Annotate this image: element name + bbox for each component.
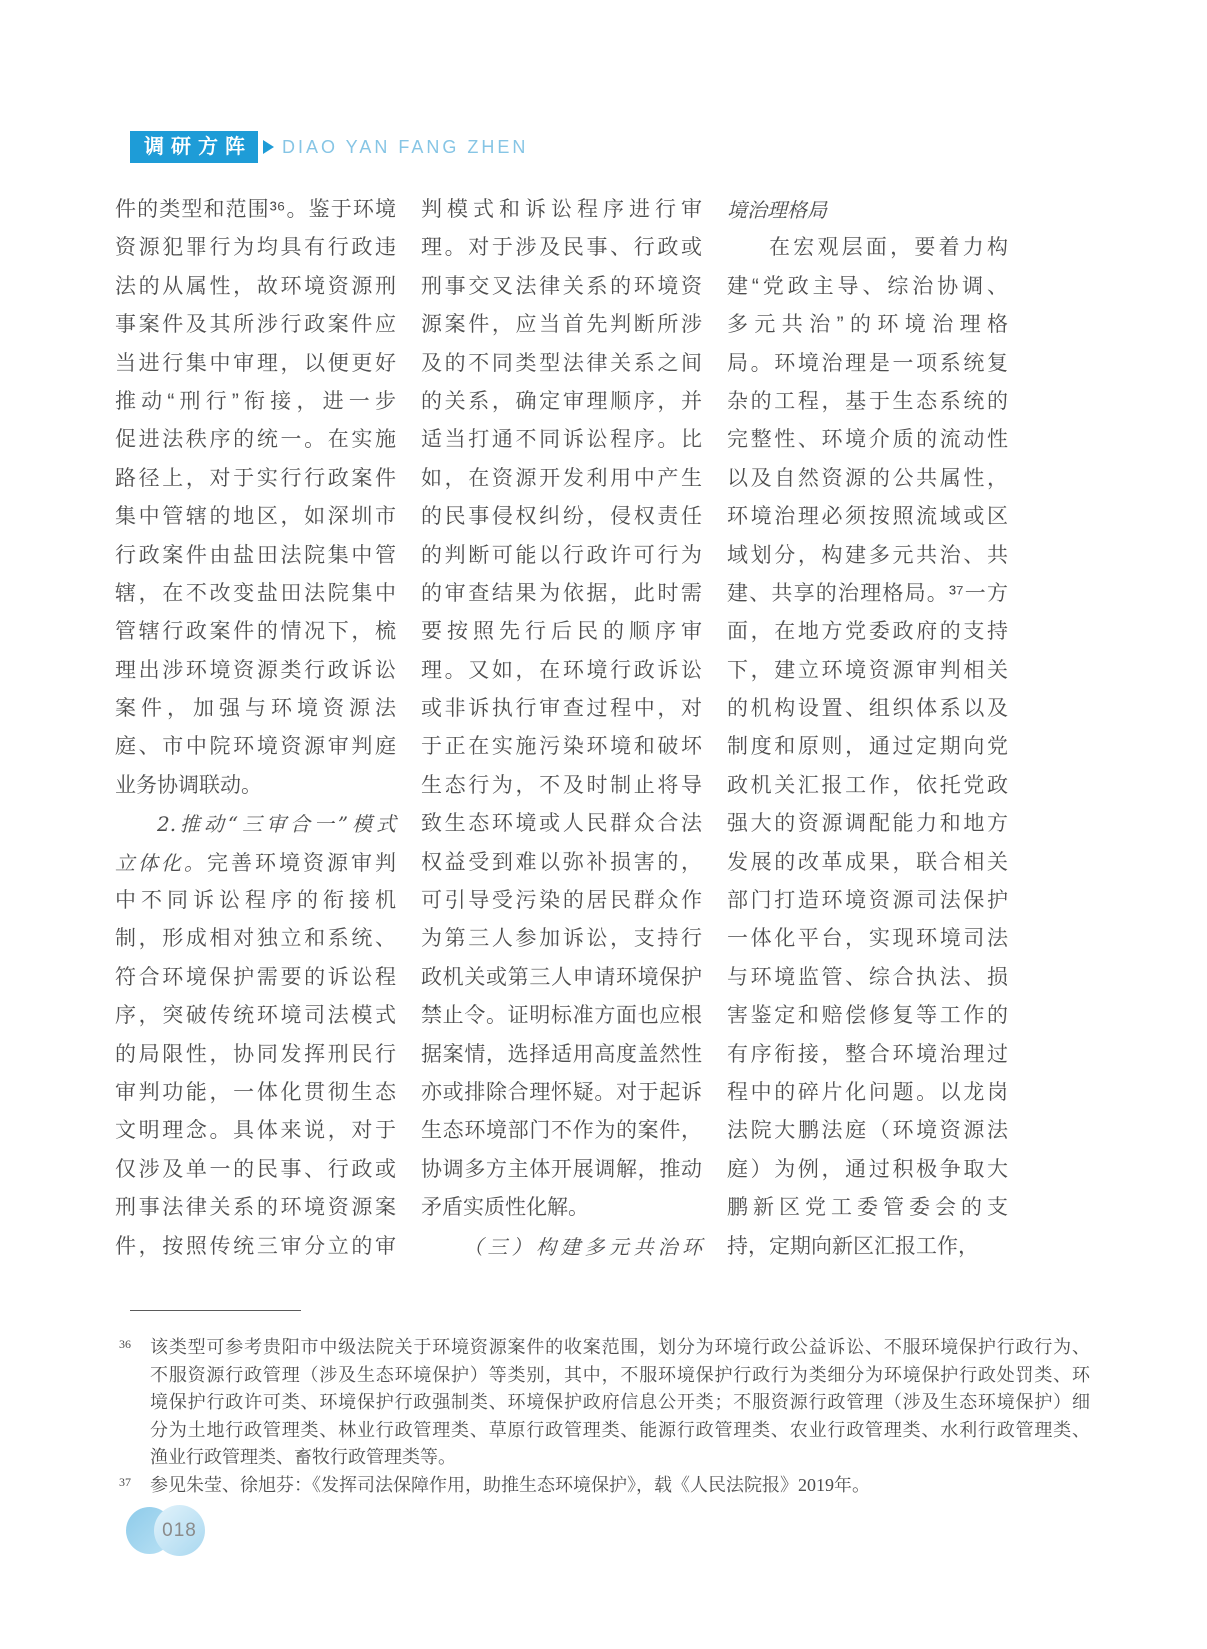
arrow-right-icon [263, 140, 274, 154]
text-line: 生态环境部门不作为的案件， [421, 1112, 702, 1150]
text-line: 有序衔接，整合环境治理过 [727, 1036, 1008, 1074]
text-segment: 路径上，对于实行行政案件 [115, 467, 396, 490]
text-line: 当进行集中审理，以便更好 [115, 345, 396, 383]
text-segment: 不服资源行政管理（涉及生态环境保护）等类别，其中，不服环境保护行政行为类细分为环… [150, 1365, 1090, 1385]
page-number: 018 [162, 1520, 197, 1542]
text-line: 完整性、环境介质的流动性 [727, 421, 1008, 459]
text-segment: 境治理格局 [727, 198, 827, 222]
text-segment: 理。对于涉及民事、行政或 [421, 236, 702, 259]
text-segment: 域划分，构建多元共治、共 [727, 544, 1008, 567]
text-line: 致生态环境或人民群众合法 [421, 805, 702, 843]
text-line: 适当打通不同诉讼程序。比 [421, 421, 702, 459]
text-line: 件的类型和范围³⁶。鉴于环境 [115, 191, 396, 229]
text-line: 可引导受污染的居民群众作 [421, 882, 702, 920]
text-line: 辖，在不改变盐田法院集中 [115, 575, 396, 613]
text-line: 立体化。完善环境资源审判 [115, 844, 396, 882]
text-line: 部门打造环境资源司法保护 [727, 882, 1008, 920]
text-segment: 的机构设置、组织体系以及 [727, 697, 1008, 720]
text-segment: 生态行为，不及时制止将导 [421, 774, 702, 797]
text-segment: 的局限性，协同发挥刑民行 [115, 1043, 396, 1066]
text-line: 一体化平台，实现环境司法 [727, 920, 1008, 958]
text-segment: 亦或排除合理怀疑。对于起诉 [421, 1081, 702, 1104]
column-1: 件的类型和范围³⁶。鉴于环境资源犯罪行为均具有行政违法的从属性，故环境资源刑事案… [115, 191, 396, 1266]
text-segment: 制度和原则，通过定期向党 [727, 735, 1008, 758]
text-segment: 据案情，选择适用高度盖然性 [421, 1043, 702, 1066]
text-segment: 或非诉执行审查过程中，对 [421, 697, 702, 720]
text-line: 2.推动“三审合一”模式 [115, 805, 396, 843]
text-segment: 要按照先行后民的顺序审 [421, 620, 702, 643]
text-line: 理。又如，在环境行政诉讼 [421, 652, 702, 690]
text-segment: 为第三人参加诉讼，支持行 [421, 927, 702, 950]
text-line: 杂的工程，基于生态系统的 [727, 383, 1008, 421]
text-line: 中不同诉讼程序的衔接机 [115, 882, 396, 920]
section-subtitle-pinyin: DIAO YAN FANG ZHEN [282, 137, 528, 158]
text-segment: 程中的碎片化问题。以龙岗 [727, 1081, 1008, 1104]
text-segment: 的审查结果为依据，此时需 [421, 582, 702, 605]
text-segment: 参见朱莹、徐旭芬：《发挥司法保障作用，助推生态环境保护》，载《人民法院报》201… [150, 1475, 870, 1495]
text-line: 的关系，确定审理顺序，并 [421, 383, 702, 421]
text-line: 件，按照传统三审分立的审 [115, 1228, 396, 1266]
text-line: 集中管辖的地区，如深圳市 [115, 498, 396, 536]
text-line: 渔业行政管理类、畜牧行政管理类等。 [150, 1444, 1090, 1472]
text-line: 程中的碎片化问题。以龙岗 [727, 1074, 1008, 1112]
text-segment: 管辖行政案件的情况下，梳 [115, 620, 396, 643]
text-segment: 辖，在不改变盐田法院集中 [115, 582, 396, 605]
section-badge: 调研方阵 [130, 131, 258, 163]
text-line: 仅涉及单一的民事、行政或 [115, 1151, 396, 1189]
text-segment: 件的类型和范围³⁶。鉴于环境 [115, 198, 396, 221]
text-line: 政机关或第三人申请环境保护 [421, 959, 702, 997]
text-line: 下，建立环境资源审判相关 [727, 652, 1008, 690]
text-line: 面，在地方党委政府的支持 [727, 613, 1008, 651]
text-segment: 仅涉及单一的民事、行政或 [115, 1158, 396, 1181]
text-segment: 该类型可参考贵阳市中级法院关于环境资源案件的收案范围，划分为环境行政公益诉讼、不… [150, 1337, 1090, 1357]
text-line: 的判断可能以行政许可行为 [421, 537, 702, 575]
text-line: 发展的改革成果，联合相关 [727, 844, 1008, 882]
text-line: 与环境监管、综合执法、损 [727, 959, 1008, 997]
text-line: 的机构设置、组织体系以及 [727, 690, 1008, 728]
text-line: 据案情，选择适用高度盖然性 [421, 1036, 702, 1074]
text-line: 多元共治”的环境治理格 [727, 306, 1008, 344]
text-segment: 可引导受污染的居民群众作 [421, 889, 702, 912]
text-line: 法的从属性，故环境资源刑 [115, 268, 396, 306]
text-segment: 的民事侵权纠纷，侵权责任 [421, 505, 702, 528]
footnote-marker: 36 [119, 1331, 131, 1359]
text-segment: 庭）为例，通过积极争取大 [727, 1158, 1008, 1181]
text-segment: 符合环境保护需要的诉讼程 [115, 966, 396, 989]
text-line: 境保护行政许可类、环境保护行政强制类、环境保护政府信息公开类；不服资源行政管理（… [150, 1389, 1090, 1417]
text-segment: 2.推动“三审合一”模式 [157, 812, 396, 836]
text-segment: 致生态环境或人民群众合法 [421, 812, 702, 835]
text-line: 审判功能，一体化贯彻生态 [115, 1074, 396, 1112]
text-line: 法院大鹏法庭（环境资源法 [727, 1112, 1008, 1150]
text-segment: 协调多方主体开展调解，推动 [421, 1158, 702, 1181]
text-segment: 促进法秩序的统一。在实施 [115, 428, 396, 451]
text-segment: 如，在资源开发利用中产生 [421, 467, 702, 490]
text-line: 刑事交叉法律关系的环境资 [421, 268, 702, 306]
text-segment: 理。又如，在环境行政诉讼 [421, 659, 702, 682]
text-segment: 适当打通不同诉讼程序。比 [421, 428, 702, 451]
text-line: 强大的资源调配能力和地方 [727, 805, 1008, 843]
text-segment: 局。环境治理是一项系统复 [727, 352, 1008, 375]
text-segment: 刑事法律关系的环境资源案 [115, 1196, 396, 1219]
text-segment: 法院大鹏法庭（环境资源法 [727, 1119, 1008, 1142]
text-segment: 案件，加强与环境资源法 [115, 697, 396, 720]
text-line: 行政案件由盐田法院集中管 [115, 537, 396, 575]
text-segment: 权益受到难以弥补损害的， [421, 851, 702, 874]
text-line: 判模式和诉讼程序进行审 [421, 191, 702, 229]
text-line: 及的不同类型法律关系之间 [421, 345, 702, 383]
text-line: 理。对于涉及民事、行政或 [421, 229, 702, 267]
text-segment: 事案件及其所涉行政案件应 [115, 313, 396, 336]
text-segment: 件，按照传统三审分立的审 [115, 1235, 396, 1258]
text-segment: 立体化。 [115, 851, 207, 875]
text-line: 政机关汇报工作，依托党政 [727, 767, 1008, 805]
text-line: 的局限性，协同发挥刑民行 [115, 1036, 396, 1074]
text-segment: 于正在实施污染环境和破坏 [421, 735, 702, 758]
text-line: 以及自然资源的公共属性， [727, 460, 1008, 498]
text-line: 境治理格局 [727, 191, 1008, 229]
text-line: 建“党政主导、综治协调、 [727, 268, 1008, 306]
text-segment: 一体化平台，实现环境司法 [727, 927, 1008, 950]
text-segment: 在宏观层面，要着力构 [769, 236, 1008, 259]
text-segment: 源案件，应当首先判断所涉 [421, 313, 702, 336]
text-line: 符合环境保护需要的诉讼程 [115, 959, 396, 997]
text-segment: 杂的工程，基于生态系统的 [727, 390, 1008, 413]
text-segment: 持，定期向新区汇报工作， [727, 1235, 979, 1258]
text-line: 庭、市中院环境资源审判庭 [115, 728, 396, 766]
text-line: 或非诉执行审查过程中，对 [421, 690, 702, 728]
text-line: 案件，加强与环境资源法 [115, 690, 396, 728]
text-segment: 分为土地行政管理类、林业行政管理类、草原行政管理类、能源行政管理类、农业行政管理… [150, 1420, 1090, 1440]
text-segment: 制，形成相对独立和系统、 [115, 927, 396, 950]
text-segment: 境保护行政许可类、环境保护行政强制类、环境保护政府信息公开类；不服资源行政管理（… [150, 1392, 1090, 1412]
section-header: 调研方阵 DIAO YAN FANG ZHEN [130, 131, 528, 163]
text-segment: 理出涉环境资源类行政诉讼 [115, 659, 396, 682]
text-line: 庭）为例，通过积极争取大 [727, 1151, 1008, 1189]
text-line: 制度和原则，通过定期向党 [727, 728, 1008, 766]
text-segment: 多元共治”的环境治理格 [727, 313, 1008, 336]
text-segment: 建、共享的治理格局。³⁷一方 [727, 582, 1008, 605]
text-line: 推动“刑行”衔接，进一步 [115, 383, 396, 421]
text-segment: 环境治理必须按照流域或区 [727, 505, 1008, 528]
text-line: 禁止令。证明标准方面也应根 [421, 997, 702, 1035]
text-segment: 发展的改革成果，联合相关 [727, 851, 1008, 874]
text-line: 制，形成相对独立和系统、 [115, 920, 396, 958]
text-segment: 集中管辖的地区，如深圳市 [115, 505, 396, 528]
text-line: 局。环境治理是一项系统复 [727, 345, 1008, 383]
text-line: 理出涉环境资源类行政诉讼 [115, 652, 396, 690]
text-segment: 序，突破传统环境司法模式 [115, 1004, 396, 1027]
text-segment: 政机关汇报工作，依托党政 [727, 774, 1008, 797]
text-line: 域划分，构建多元共治、共 [727, 537, 1008, 575]
text-line: 路径上，对于实行行政案件 [115, 460, 396, 498]
text-line: 持，定期向新区汇报工作， [727, 1228, 1008, 1266]
text-segment: 生态环境部门不作为的案件， [421, 1119, 702, 1142]
text-line: 管辖行政案件的情况下，梳 [115, 613, 396, 651]
text-segment: 的判断可能以行政许可行为 [421, 544, 702, 567]
text-segment: 文明理念。具体来说，对于 [115, 1119, 396, 1142]
text-line: 促进法秩序的统一。在实施 [115, 421, 396, 459]
text-line: 不服资源行政管理（涉及生态环境保护）等类别，其中，不服环境保护行政行为类细分为环… [150, 1362, 1090, 1390]
text-segment: 强大的资源调配能力和地方 [727, 812, 1008, 835]
text-segment: （三）构建多元共治环 [463, 1235, 702, 1259]
text-line: 为第三人参加诉讼，支持行 [421, 920, 702, 958]
page-number-badge: 018 [126, 1505, 216, 1557]
text-line: 分为土地行政管理类、林业行政管理类、草原行政管理类、能源行政管理类、农业行政管理… [150, 1417, 1090, 1445]
text-segment: 部门打造环境资源司法保护 [727, 889, 1008, 912]
text-segment: 及的不同类型法律关系之间 [421, 352, 702, 375]
text-line: 资源犯罪行为均具有行政违 [115, 229, 396, 267]
text-segment: 下，建立环境资源审判相关 [727, 659, 1008, 682]
text-line: 刑事法律关系的环境资源案 [115, 1189, 396, 1227]
text-segment: 鹏新区党工委管委会的支 [727, 1196, 1008, 1219]
text-segment: 害鉴定和赔偿修复等工作的 [727, 1004, 1008, 1027]
text-line: 参见朱莹、徐旭芬：《发挥司法保障作用，助推生态环境保护》，载《人民法院报》201… [150, 1472, 1090, 1500]
footnote-divider [130, 1310, 301, 1311]
text-segment: 审判功能，一体化贯彻生态 [115, 1081, 396, 1104]
text-line: 害鉴定和赔偿修复等工作的 [727, 997, 1008, 1035]
text-line: 协调多方主体开展调解，推动 [421, 1151, 702, 1189]
text-segment: 行政案件由盐田法院集中管 [115, 544, 396, 567]
text-line: 该类型可参考贵阳市中级法院关于环境资源案件的收案范围，划分为环境行政公益诉讼、不… [150, 1334, 1090, 1362]
text-line: 在宏观层面，要着力构 [727, 229, 1008, 267]
footnote-36: 36该类型可参考贵阳市中级法院关于环境资源案件的收案范围，划分为环境行政公益诉讼… [115, 1334, 1090, 1472]
text-segment: 渔业行政管理类、畜牧行政管理类等。 [150, 1447, 456, 1467]
text-segment: 中不同诉讼程序的衔接机 [115, 889, 396, 912]
text-line: 如，在资源开发利用中产生 [421, 460, 702, 498]
column-3: 境治理格局在宏观层面，要着力构建“党政主导、综治协调、多元共治”的环境治理格局。… [727, 191, 1008, 1266]
footnote-37: 37参见朱莹、徐旭芬：《发挥司法保障作用，助推生态环境保护》，载《人民法院报》2… [115, 1472, 1090, 1500]
text-segment: 法的从属性，故环境资源刑 [115, 275, 396, 298]
text-line: 生态行为，不及时制止将导 [421, 767, 702, 805]
text-segment: 面，在地方党委政府的支持 [727, 620, 1008, 643]
text-line: 序，突破传统环境司法模式 [115, 997, 396, 1035]
text-segment: 业务协调联动。 [115, 774, 262, 797]
text-segment: 有序衔接，整合环境治理过 [727, 1043, 1008, 1066]
text-segment: 建“党政主导、综治协调、 [727, 275, 1008, 298]
text-segment: 与环境监管、综合执法、损 [727, 966, 1008, 989]
text-segment: 当进行集中审理，以便更好 [115, 352, 396, 375]
text-segment: 以及自然资源的公共属性， [727, 467, 1008, 490]
text-line: 建、共享的治理格局。³⁷一方 [727, 575, 1008, 613]
text-segment: 庭、市中院环境资源审判庭 [115, 735, 396, 758]
text-segment: 矛盾实质性化解。 [421, 1196, 589, 1219]
text-line: 的审查结果为依据，此时需 [421, 575, 702, 613]
text-line: 环境治理必须按照流域或区 [727, 498, 1008, 536]
column-2: 判模式和诉讼程序进行审理。对于涉及民事、行政或刑事交叉法律关系的环境资源案件，应… [421, 191, 702, 1266]
text-segment: 资源犯罪行为均具有行政违 [115, 236, 396, 259]
text-line: 鹏新区党工委管委会的支 [727, 1189, 1008, 1227]
footnotes: 36该类型可参考贵阳市中级法院关于环境资源案件的收案范围，划分为环境行政公益诉讼… [115, 1334, 1090, 1499]
text-line: 事案件及其所涉行政案件应 [115, 306, 396, 344]
text-line: 业务协调联动。 [115, 767, 396, 805]
footnote-marker: 37 [119, 1469, 131, 1497]
text-line: 要按照先行后民的顺序审 [421, 613, 702, 651]
text-line: 矛盾实质性化解。 [421, 1189, 702, 1227]
circle-decoration-icon: 018 [154, 1505, 205, 1556]
text-segment: 禁止令。证明标准方面也应根 [421, 1004, 702, 1027]
text-line: 源案件，应当首先判断所涉 [421, 306, 702, 344]
text-line: 的民事侵权纠纷，侵权责任 [421, 498, 702, 536]
text-segment: 判模式和诉讼程序进行审 [421, 198, 702, 221]
text-segment: 推动“刑行”衔接，进一步 [115, 390, 396, 413]
text-segment: 的关系，确定审理顺序，并 [421, 390, 702, 413]
text-segment: 完善环境资源审判 [207, 852, 396, 875]
text-line: 文明理念。具体来说，对于 [115, 1112, 396, 1150]
text-line: （三）构建多元共治环 [421, 1228, 702, 1266]
text-segment: 政机关或第三人申请环境保护 [421, 966, 702, 989]
text-segment: 刑事交叉法律关系的环境资 [421, 275, 702, 298]
text-segment: 完整性、环境介质的流动性 [727, 428, 1008, 451]
text-line: 亦或排除合理怀疑。对于起诉 [421, 1074, 702, 1112]
text-line: 权益受到难以弥补损害的， [421, 844, 702, 882]
text-line: 于正在实施污染环境和破坏 [421, 728, 702, 766]
